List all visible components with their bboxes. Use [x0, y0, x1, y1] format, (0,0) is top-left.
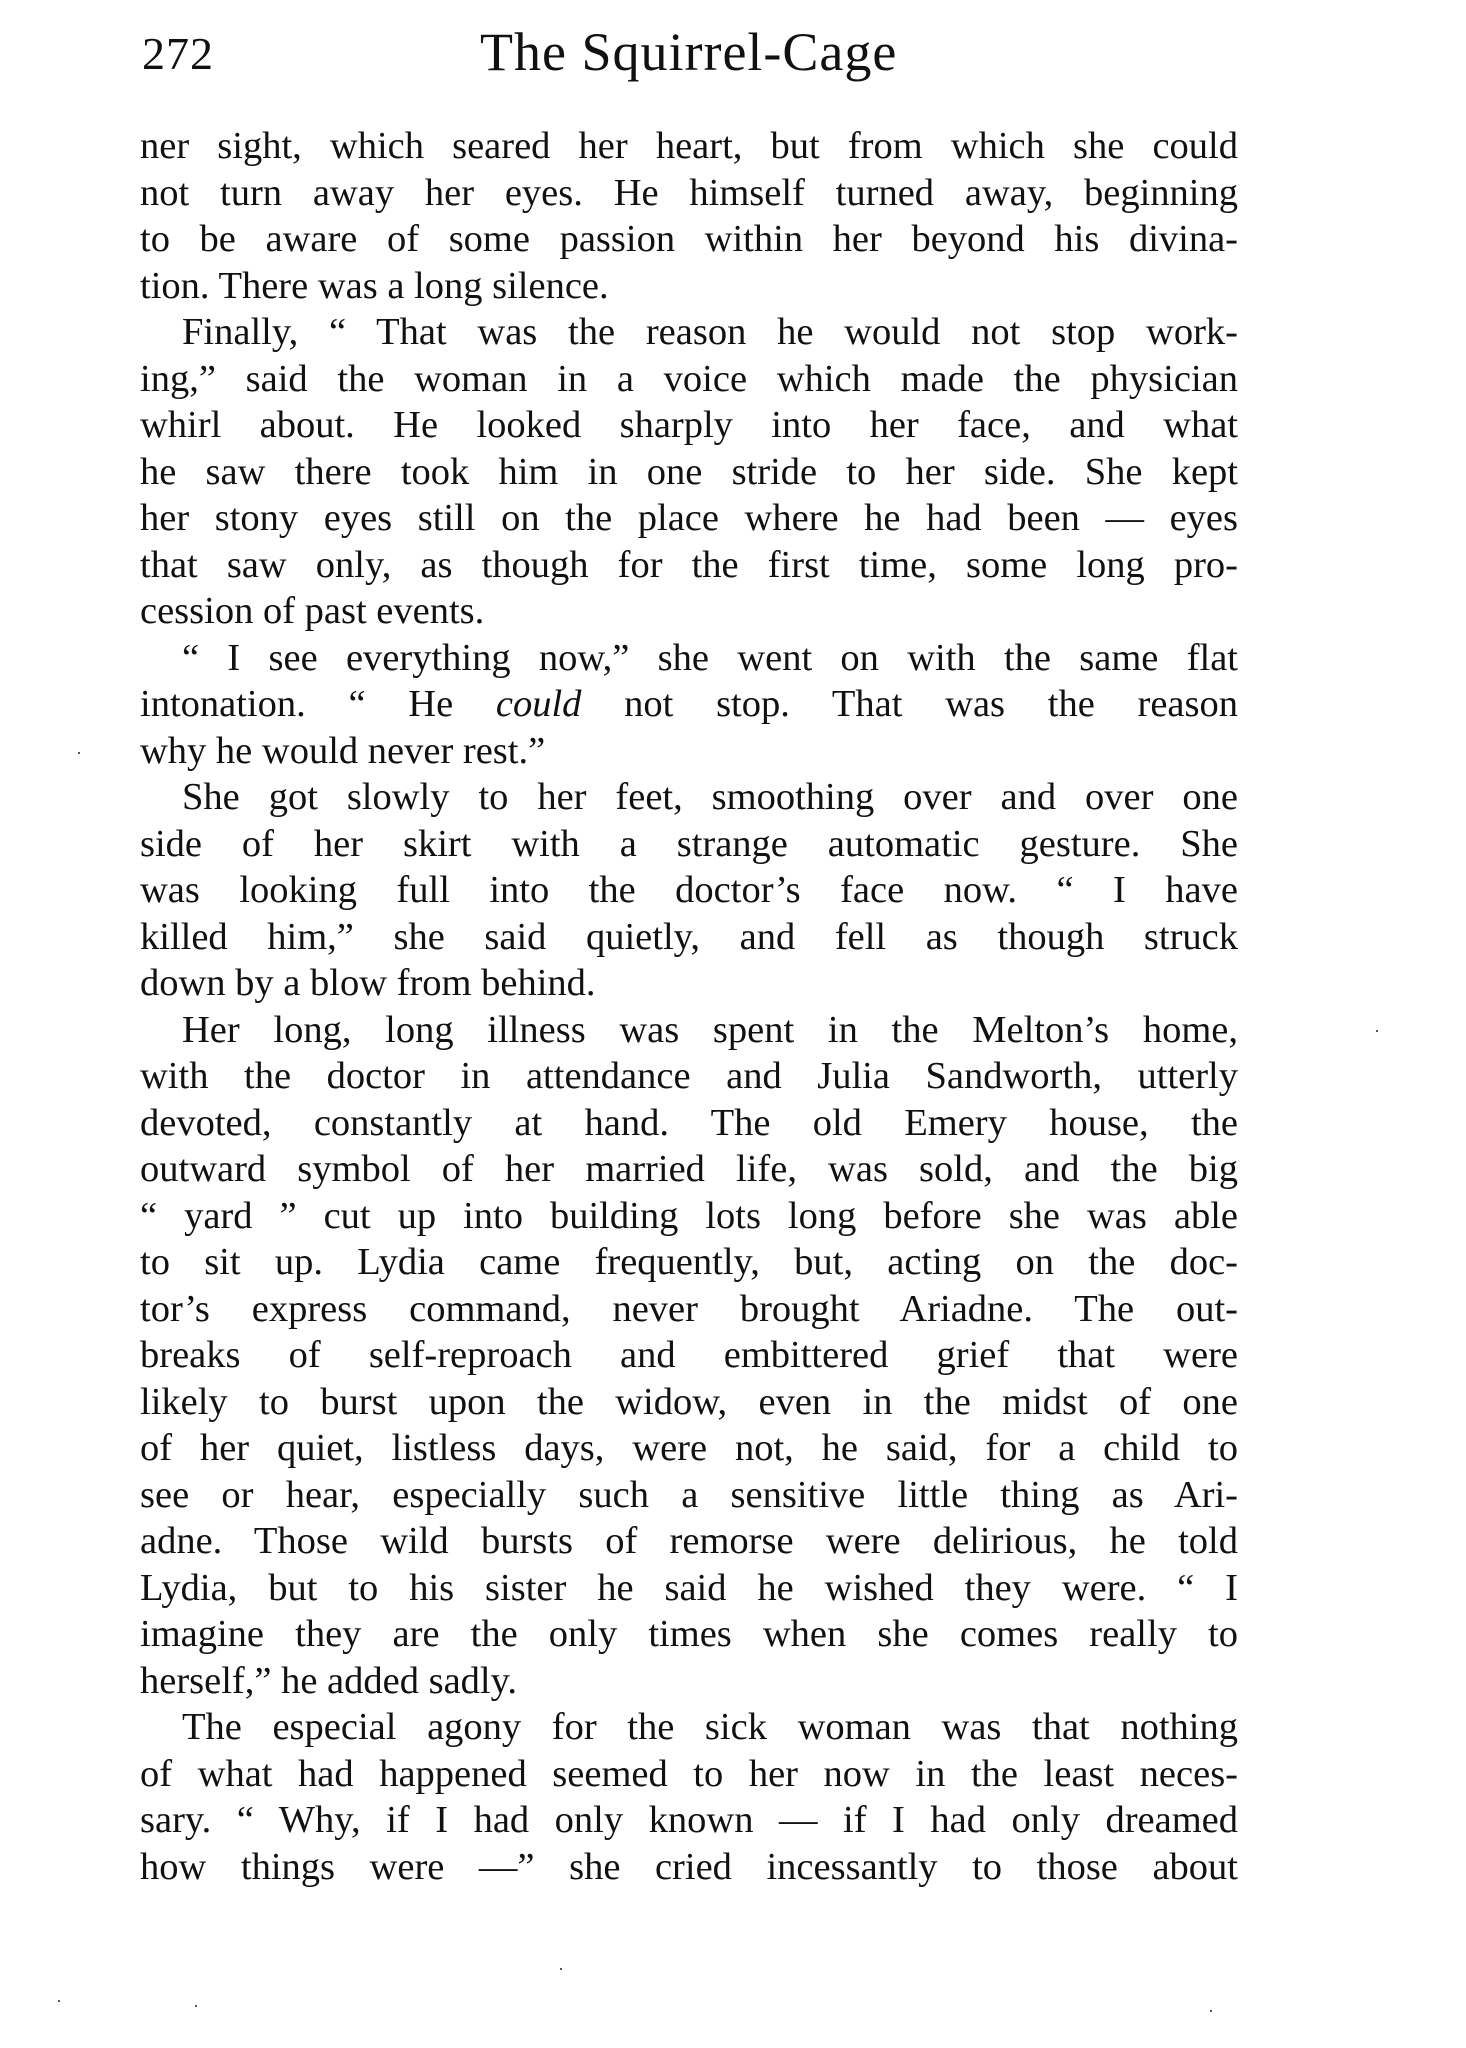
text-line: he saw there took him in one stride to h… — [140, 449, 1238, 496]
text-line: tion. There was a long silence. — [140, 263, 1238, 310]
italic-emphasis: could — [496, 683, 582, 725]
paragraph: Finally, “ That was the reason he would … — [140, 309, 1238, 635]
text-line: Lydia, but to his sister he said he wish… — [140, 1565, 1238, 1612]
text-line: sary. “ Why, if I had only known — if I … — [140, 1797, 1238, 1844]
running-title: The Squirrel-Cage — [480, 22, 897, 82]
text-line: The especial agony for the sick woman wa… — [140, 1704, 1238, 1751]
scan-speck — [78, 752, 80, 754]
text-line: “ yard ” cut up into building lots long … — [140, 1193, 1238, 1240]
scan-speck — [1210, 2010, 1212, 2012]
text-line: cession of past events. — [140, 588, 1238, 635]
text-line: was looking full into the doctor’s face … — [140, 867, 1238, 914]
text-line: Finally, “ That was the reason he would … — [140, 309, 1238, 356]
text-line: of what had happened seemed to her now i… — [140, 1751, 1238, 1798]
page-number: 272 — [142, 26, 214, 82]
text-line: killed him,” she said quietly, and fell … — [140, 914, 1238, 961]
paragraph: The especial agony for the sick woman wa… — [140, 1704, 1238, 1890]
text-line: that saw only, as though for the first t… — [140, 542, 1238, 589]
text-line: not turn away her eyes. He himself turne… — [140, 170, 1238, 217]
paragraph: She got slowly to her feet, smoothing ov… — [140, 774, 1238, 1007]
scan-speck — [58, 2000, 60, 2002]
text-line: how things were —” she cried incessantly… — [140, 1844, 1238, 1891]
text-line: outward symbol of her married life, was … — [140, 1146, 1238, 1193]
scan-speck — [195, 2005, 197, 2007]
text-line: intonation. “ He could not stop. That wa… — [140, 681, 1238, 728]
text-line: Her long, long illness was spent in the … — [140, 1007, 1238, 1054]
scan-speck — [560, 1968, 562, 1970]
text-line: to sit up. Lydia came frequently, but, a… — [140, 1239, 1238, 1286]
text-line: ner sight, which seared her heart, but f… — [140, 123, 1238, 170]
body-text: ner sight, which seared her heart, but f… — [140, 123, 1238, 1890]
paragraph: ner sight, which seared her heart, but f… — [140, 123, 1238, 309]
text-line: see or hear, especially such a sensitive… — [140, 1472, 1238, 1519]
text-line: herself,” he added sadly. — [140, 1658, 1238, 1705]
text-line: with the doctor in attendance and Julia … — [140, 1053, 1238, 1100]
scan-speck — [1376, 1030, 1378, 1032]
paragraph: Her long, long illness was spent in the … — [140, 1007, 1238, 1705]
paragraph: “ I see everything now,” she went on wit… — [140, 635, 1238, 775]
page-header: 272 The Squirrel-Cage — [0, 0, 1466, 100]
text-line: “ I see everything now,” she went on wit… — [140, 635, 1238, 682]
text-line: breaks of self-reproach and embittered g… — [140, 1332, 1238, 1379]
text-line: devoted, constantly at hand. The old Eme… — [140, 1100, 1238, 1147]
text-line: She got slowly to her feet, smoothing ov… — [140, 774, 1238, 821]
text-line: of her quiet, listless days, were not, h… — [140, 1425, 1238, 1472]
text-line: side of her skirt with a strange automat… — [140, 821, 1238, 868]
text-line: adne. Those wild bursts of remorse were … — [140, 1518, 1238, 1565]
text-line: whirl about. He looked sharply into her … — [140, 402, 1238, 449]
text-line: her stony eyes still on the place where … — [140, 495, 1238, 542]
text-line: imagine they are the only times when she… — [140, 1611, 1238, 1658]
text-line: tor’s express command, never brought Ari… — [140, 1286, 1238, 1333]
text-line: to be aware of some passion within her b… — [140, 216, 1238, 263]
text-line: likely to burst upon the widow, even in … — [140, 1379, 1238, 1426]
text-line: why he would never rest.” — [140, 728, 1238, 775]
text-line: ing,” said the woman in a voice which ma… — [140, 356, 1238, 403]
text-line: down by a blow from behind. — [140, 960, 1238, 1007]
